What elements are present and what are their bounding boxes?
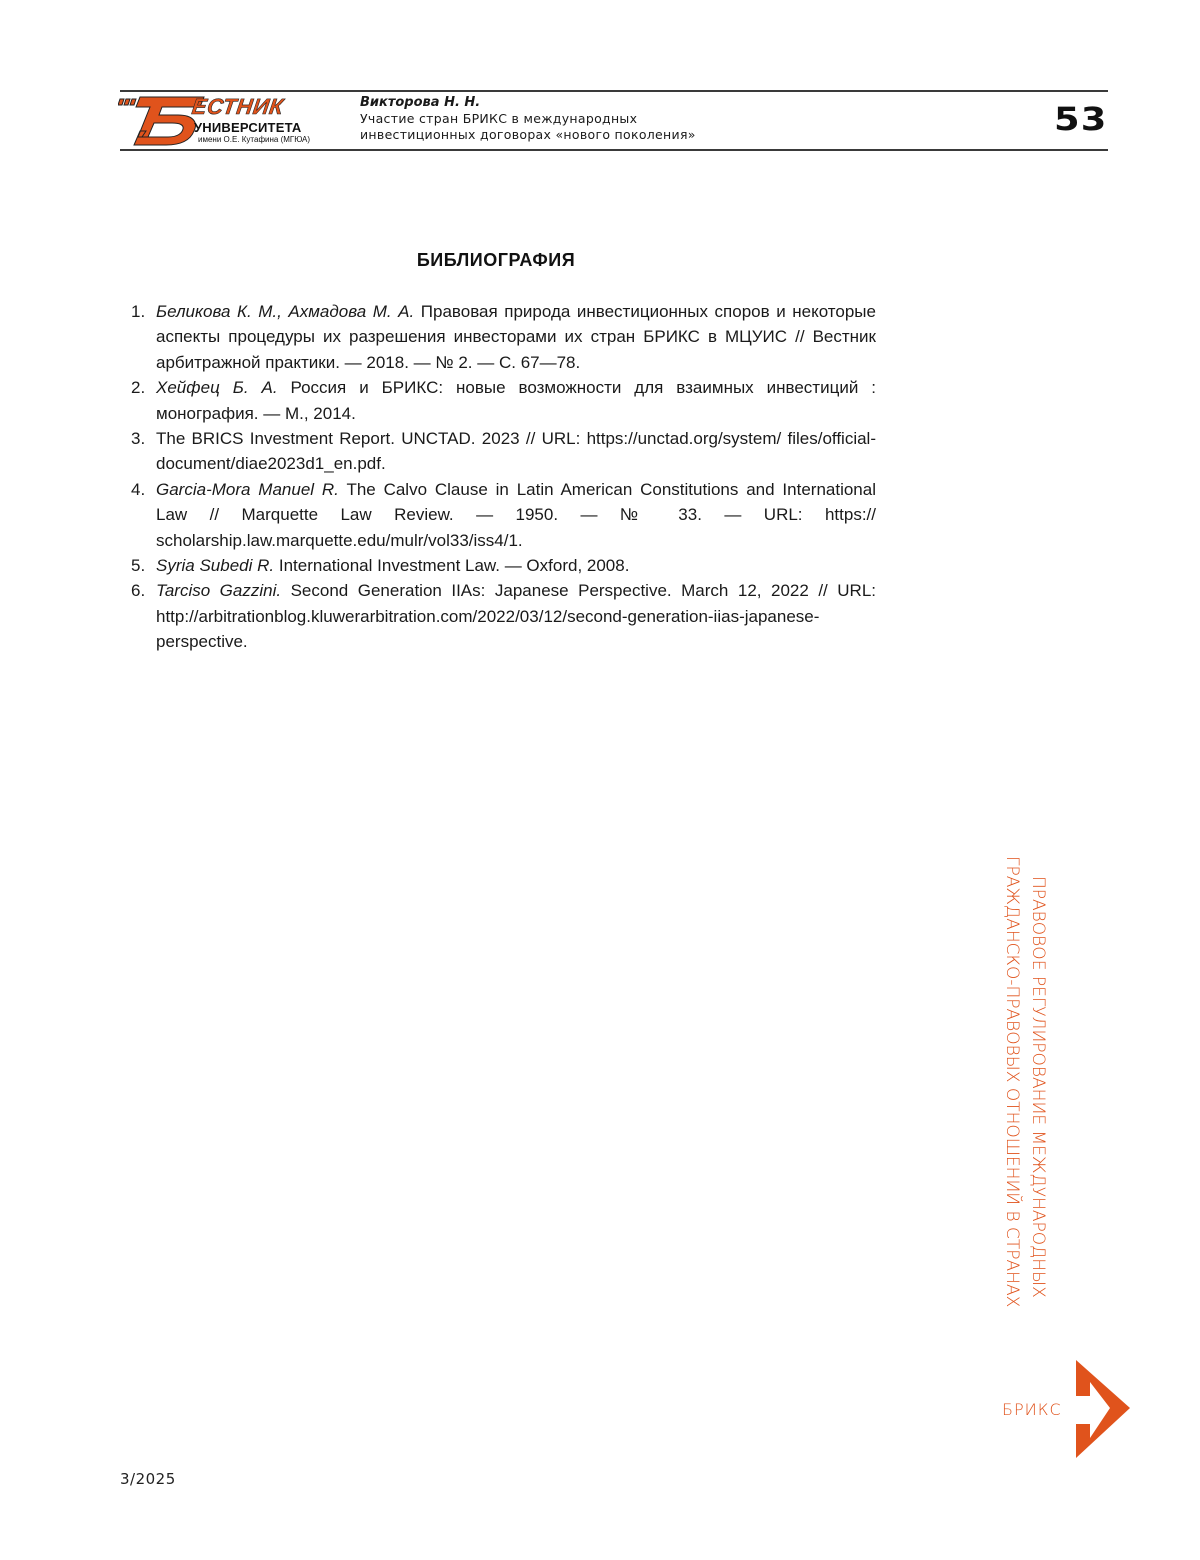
item-authors: Беликова К. М., Ахмадова М. А. [156, 302, 414, 321]
bibliography-item: 3.The BRICS Investment Report. UNCTAD. 2… [131, 426, 876, 477]
item-number: 2. [131, 375, 145, 400]
item-text: The BRICS Investment Report. UNCTAD. 202… [156, 429, 876, 473]
bibliography-list: 1.Беликова К. М., Ахмадова М. А. Правова… [131, 299, 876, 655]
bibliography-item: 5.Syria Subedi R. International Investme… [131, 553, 876, 578]
logo-subtitle: УНИВЕРСИТЕТА [194, 120, 301, 135]
issue-number: 3/2025 [120, 1470, 176, 1488]
logo-word: ЕСТНИК [190, 94, 285, 120]
item-authors: Syria Subedi R. [156, 556, 274, 575]
running-head-title-line-2: инвестиционных договорах «нового поколен… [360, 127, 696, 143]
section-title: БИБЛИОГРАФИЯ [120, 250, 872, 271]
item-authors: Tarciso Gazzini. [156, 581, 281, 600]
sidebar-brics-label: БРИКС [1002, 1400, 1062, 1419]
bibliography-item: 6.Tarciso Gazzini. Second Generation IIA… [131, 578, 876, 654]
running-head: Викторова Н. Н. Участие стран БРИКС в ме… [360, 95, 696, 143]
item-authors: Garcia-Mora Manuel R. [156, 480, 339, 499]
item-text: International Investment Law. — Oxford, … [274, 556, 629, 575]
bibliography-item: 2.Хейфец Б. А. Россия и БРИКС: новые воз… [131, 375, 876, 426]
item-number: 1. [131, 299, 145, 324]
running-head-title-line-1: Участие стран БРИКС в международных [360, 111, 696, 127]
item-number: 3. [131, 426, 145, 451]
header-bottom-rule [120, 149, 1108, 151]
sidebar-line-2: ГРАЖДАНСКО-ПРАВОВЫХ ОТНОШЕНИЙ В СТРАНАХ [1002, 856, 1022, 1307]
header-top-rule [120, 90, 1108, 92]
running-head-author: Викторова Н. Н. [360, 95, 696, 111]
page-number: 53 [1054, 100, 1108, 138]
item-authors: Хейфец Б. А. [156, 378, 278, 397]
journal-logo: ЕСТНИК УНИВЕРСИТЕТА имени О.Е. Кутафина … [118, 93, 323, 147]
item-number: 6. [131, 578, 145, 603]
bibliography-item: 4.Garcia-Mora Manuel R. The Calvo Clause… [131, 477, 876, 553]
item-number: 5. [131, 553, 145, 578]
arrow-right-icon [1076, 1360, 1132, 1460]
bibliography-item: 1.Беликова К. М., Ахмадова М. А. Правова… [131, 299, 876, 375]
item-number: 4. [131, 477, 145, 502]
sidebar-line-1: ПРАВОВОЕ РЕГУЛИРОВАНИЕ МЕЖДУНАРОДНЫХ [1028, 876, 1048, 1298]
section-sidebar: ПРАВОВОЕ РЕГУЛИРОВАНИЕ МЕЖДУНАРОДНЫХ ГРА… [1000, 862, 1072, 1392]
logo-caption: имени О.Е. Кутафина (МГЮА) [198, 135, 310, 144]
